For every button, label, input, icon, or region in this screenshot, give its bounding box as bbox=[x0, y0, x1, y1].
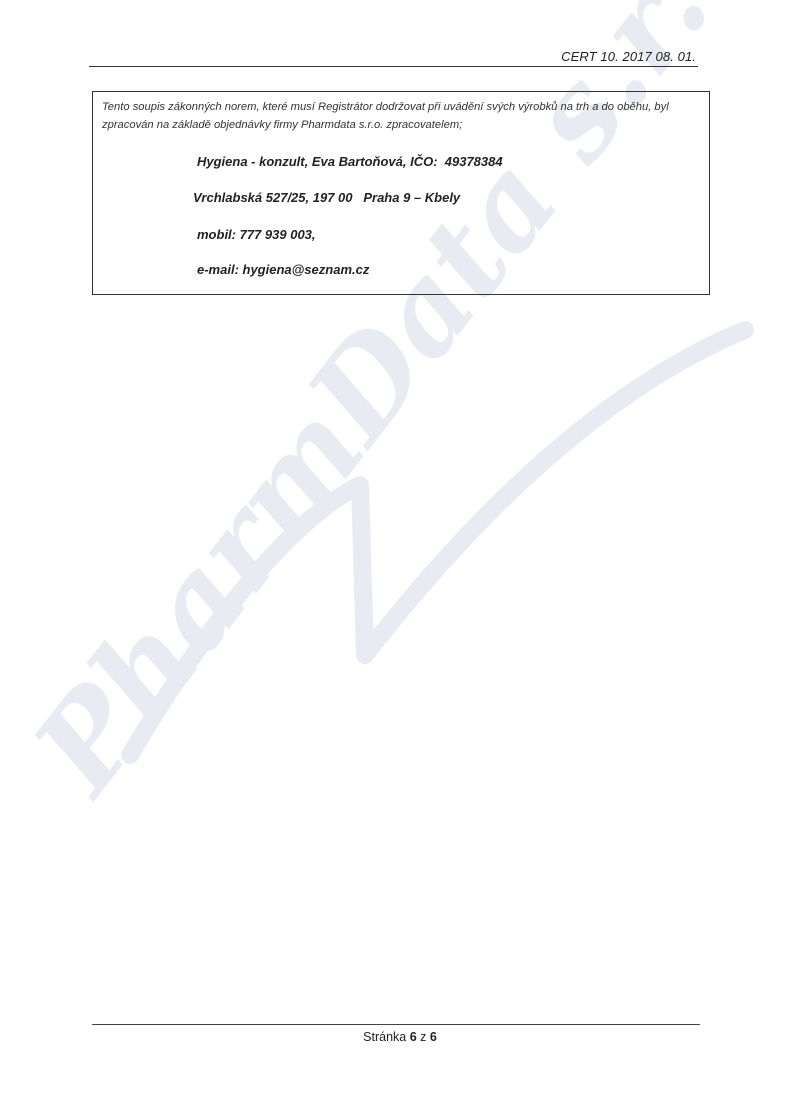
page-number: Stránka 6 z 6 bbox=[0, 1030, 800, 1044]
header-divider bbox=[89, 66, 698, 67]
compiler-notice-box: Tento soupis zákonných norem, které musí… bbox=[92, 91, 710, 295]
footer-divider bbox=[92, 1024, 700, 1025]
notice-intro-text: Tento soupis zákonných norem, které musí… bbox=[102, 98, 707, 134]
contact-email: e-mail: hygiena@seznam.cz bbox=[197, 262, 369, 277]
contact-address: Vrchlabská 527/25, 197 00 Praha 9 – Kbel… bbox=[193, 190, 460, 205]
document-code: CERT 10. 2017 08. 01. bbox=[561, 49, 696, 64]
total-pages: 6 bbox=[430, 1030, 437, 1044]
contact-name: Hygiena - konzult, Eva Bartoňová, IČO: 4… bbox=[197, 154, 503, 169]
page-separator: z bbox=[420, 1030, 426, 1044]
page-label: Stránka bbox=[363, 1030, 406, 1044]
current-page: 6 bbox=[410, 1030, 417, 1044]
contact-mobile: mobil: 777 939 003, bbox=[197, 227, 316, 242]
